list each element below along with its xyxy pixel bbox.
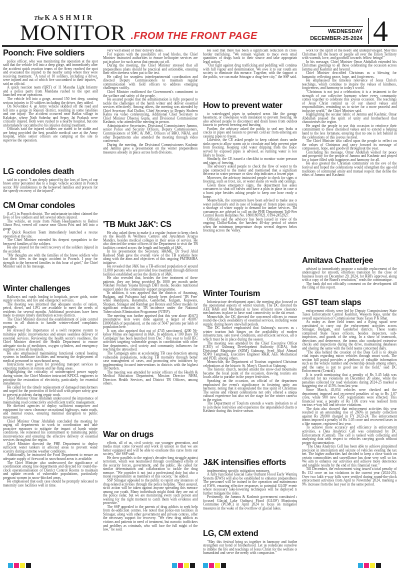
article-paragraph: He said that there has been a significan… bbox=[203, 49, 298, 64]
article-headline: 'TB Mukt J&K': CS bbox=[103, 221, 198, 230]
registration-color-square bbox=[364, 563, 369, 568]
registration-color-square bbox=[26, 563, 31, 568]
article-paragraph: He revealed that J&K has a TB-affected p… bbox=[103, 265, 198, 276]
article: He said that there has been a significan… bbox=[203, 49, 298, 99]
article-paragraph: The Chief Minister also underscored the … bbox=[3, 461, 98, 480]
article-headline: LG, CM extend bbox=[203, 530, 298, 539]
article-paragraph: Meanwhile, the DC directed the concerned… bbox=[203, 315, 298, 326]
article: very well ahead of their delivery dates.… bbox=[103, 49, 198, 218]
article: Amitava Chatterjeeadvised to immediately… bbox=[302, 254, 397, 296]
registration-color-square bbox=[14, 563, 19, 568]
article-paragraph: Officials said the injured soldiers are … bbox=[3, 128, 98, 143]
article-paragraph: The meeting was attended by senior offic… bbox=[103, 371, 198, 386]
article-paragraph: to waterlogged pipes in unheated areas l… bbox=[203, 112, 298, 127]
news-column-2: very well ahead of their delivery dates.… bbox=[103, 49, 198, 564]
article-paragraph: As many as three field teams and a flyin… bbox=[302, 321, 397, 351]
registration-color-square bbox=[370, 563, 375, 568]
article-paragraph: In addition, it was apprised that the di… bbox=[103, 292, 198, 315]
article-headline: CM Omar condoles bbox=[3, 202, 98, 211]
article-paragraph: The vehicle, en route from Nilam Headqua… bbox=[3, 220, 98, 231]
article: 'TB Mukt J&K': CSHe also asked them to m… bbox=[103, 218, 198, 428]
article: War on drugsefforts, all of us, civil so… bbox=[103, 428, 198, 563]
article-paragraph: In his presentation the Secretary, H&ME,… bbox=[103, 250, 198, 265]
news-column-1: Poonch: Five soldierspolice officer, who… bbox=[3, 49, 98, 564]
article: CM Omar condoles(LoC) in Poonch district… bbox=[3, 199, 98, 282]
article-paragraph: He assured people that the administratio… bbox=[103, 98, 198, 124]
article-paragraph: enforcement efforts were led by Deputy C… bbox=[302, 309, 397, 320]
article: J&K intensifies effortsimplementing spec… bbox=[203, 456, 298, 527]
article-paragraph: The Chief Minister also called upon the … bbox=[302, 140, 397, 151]
column-content: Poonch: Five soldierspolice officer, who… bbox=[3, 49, 98, 559]
header-rule bbox=[2, 45, 398, 47]
article: Winter TourismInfrastructure development… bbox=[203, 287, 298, 456]
article-paragraph: The historic church, nestled amidst the … bbox=[203, 368, 298, 379]
article-paragraph: He drew parallels to the region's decade… bbox=[103, 456, 198, 479]
article-paragraph: It is worth mentioning that a penalty of… bbox=[302, 373, 397, 388]
registration-mark-group bbox=[203, 563, 226, 568]
article-paragraph: "The Data Analytics Cell has been able t… bbox=[302, 445, 397, 468]
article-paragraph: For regions with the possibility of road… bbox=[103, 53, 198, 64]
article-paragraph: Meanwhile, the consumers have been advis… bbox=[203, 199, 298, 218]
article-paragraph: He emphasised that each case should be p… bbox=[3, 480, 98, 488]
page-number: 4 bbox=[373, 19, 388, 44]
registration-color-square bbox=[178, 563, 183, 568]
registration-mark-group bbox=[358, 563, 381, 568]
article-headline: GST team slaps bbox=[302, 299, 397, 308]
article-paragraph: The meeting was attended by the Chief Ex… bbox=[203, 342, 298, 361]
article: Poonch: Five soldierspolice officer, who… bbox=[3, 49, 98, 165]
article-paragraph: He also greeted the Christian community … bbox=[302, 162, 397, 177]
registration-mark-group bbox=[8, 563, 31, 568]
article-paragraph: The Chief Minister directed the establis… bbox=[3, 318, 98, 329]
article-paragraph: The Campaign aims at accelerating TB cas… bbox=[103, 352, 198, 371]
article-paragraph: The advisory asked people to check the f… bbox=[203, 165, 298, 176]
article: How to prevent waterto waterlogged pipes… bbox=[203, 99, 298, 287]
article-paragraph: Concluding his message, Omar Abdullah wi… bbox=[302, 151, 397, 162]
news-column-4: work for the uplift of the needy and und… bbox=[302, 49, 397, 564]
article-headline: War on drugs bbox=[103, 431, 198, 440]
columns: Poonch: Five soldierspolice officer, who… bbox=[3, 49, 397, 564]
article-paragraph: The DC further emphasised that Gulmarg's… bbox=[203, 327, 298, 342]
masthead-monitor: MONITOR bbox=[20, 22, 126, 44]
article-paragraph: advised to immediately propose a suitabl… bbox=[302, 267, 397, 282]
article: work for the uplift of the needy and und… bbox=[302, 49, 397, 254]
article-paragraph: Highlighting the criticality of uninterr… bbox=[3, 371, 98, 386]
article-paragraph: SSP Srinagar appealed to the public to r… bbox=[103, 479, 198, 505]
article-paragraph: Likewise, the CE asked people to keep ca… bbox=[203, 139, 298, 158]
article-paragraph: The SSP appealed to the parents of drug … bbox=[103, 505, 198, 531]
article-paragraph: Further, the advisory asked the public t… bbox=[203, 127, 298, 138]
registration-mark-group bbox=[172, 563, 195, 568]
article-paragraph: Administrative Secretaries, Divisional C… bbox=[103, 124, 198, 143]
article-paragraph: work for the uplift of the needy and und… bbox=[302, 49, 397, 60]
article-paragraph: A quick reaction team (QRT) of 11 Marath… bbox=[3, 86, 98, 97]
news-column-3: He said that there has been a significan… bbox=[203, 49, 298, 564]
registration-color-square bbox=[209, 563, 214, 568]
article-headline: Poonch: Five soldiers bbox=[3, 49, 98, 58]
article-paragraph: Since March, 45,054 vehicles were checke… bbox=[302, 388, 397, 407]
article-headline: How to prevent water bbox=[203, 102, 298, 111]
registration-color-square bbox=[221, 563, 226, 568]
article-paragraph: To achieve more accuracy and efficiency … bbox=[302, 426, 397, 445]
article-paragraph: On November 4, an Army vehicle skidded o… bbox=[3, 105, 98, 128]
article-headline: J&K intensifies efforts bbox=[203, 459, 298, 468]
registration-color-square bbox=[184, 563, 189, 568]
article-paragraph: police officer, who was monitoring the o… bbox=[3, 60, 98, 86]
article-paragraph: He directed agencies to deploy sufficien… bbox=[3, 405, 98, 420]
article-paragraph: Till December, the enforcement wing issu… bbox=[302, 468, 397, 487]
article-headline: Amitava Chatterjee bbox=[302, 257, 397, 266]
article-paragraph: Chief Minister directed the PHE Departme… bbox=[3, 442, 98, 453]
column-content: very well ahead of their delivery dates.… bbox=[103, 49, 198, 563]
date: DECEMBER-25-2024 bbox=[310, 36, 362, 42]
registration-color-square bbox=[8, 563, 13, 568]
article-paragraph: Officials said the advisory has been iss… bbox=[203, 218, 298, 233]
column-content: He said that there has been a significan… bbox=[203, 49, 298, 564]
article-paragraph: It was also apprised that out of 4745 sa… bbox=[103, 329, 198, 352]
article-paragraph: Infrastructure development apart, the me… bbox=[203, 300, 298, 315]
article-paragraph: Given these emergency signs, the departm… bbox=[203, 184, 298, 199]
column-content: work for the uplift of the needy and und… bbox=[302, 49, 397, 563]
article-paragraph: The data also showed that enforcement ac… bbox=[302, 407, 397, 426]
article-paragraph: He also asked them to make it a regular … bbox=[103, 231, 198, 250]
section-label: .FROM THE FRONT PAGE bbox=[131, 31, 258, 42]
article-paragraph: A fully functional Glacial Lake Outburst… bbox=[203, 473, 298, 496]
article-headline: LG condoles death bbox=[3, 168, 98, 177]
article-paragraph: He called for seamless interdepartmental… bbox=[103, 75, 198, 90]
folio: WEDNESDAY DECEMBER-25-2024 4 bbox=[310, 18, 388, 44]
article-paragraph: The meeting was further apprised that th… bbox=[103, 314, 198, 329]
article: LG, CM extend"May this festival bring us… bbox=[203, 527, 298, 564]
article-paragraph: "Our fight against drug trafficking and … bbox=[203, 64, 298, 79]
registration-color-square bbox=[203, 563, 208, 568]
article-paragraph: During the meeting, the Divisional Commi… bbox=[103, 143, 198, 154]
article-paragraph: Pertinently, the Jammu & Kashmir governm… bbox=[203, 496, 298, 511]
article-paragraph: "May this festival bring us together in … bbox=[203, 540, 298, 555]
page-header: TheKASHMIR MONITOR .FROM THE FRONT PAGE … bbox=[20, 11, 388, 44]
article-paragraph: Highlighting the secular fabric of Jammu… bbox=[302, 113, 397, 124]
article-paragraph: He urged the people to use this occasion… bbox=[302, 124, 397, 139]
article-paragraph: He emphasised the timeless relevance of … bbox=[302, 79, 397, 90]
date-block: WEDNESDAY DECEMBER-25-2024 bbox=[310, 26, 362, 42]
article-paragraph: In his message, Chief Minister Omar Abdu… bbox=[302, 60, 397, 71]
article-paragraph: efforts, all of us, civil society, our y… bbox=[103, 441, 198, 456]
article: Winter challengesRailways and roads lead… bbox=[3, 282, 98, 559]
article-paragraph: He called for the timely replacement of … bbox=[3, 386, 98, 397]
article-paragraph: During the meeting, the Chief Minister s… bbox=[103, 64, 198, 75]
masthead-logo: TheKASHMIR MONITOR bbox=[20, 15, 126, 44]
registration-color-square bbox=[215, 563, 220, 568]
article-paragraph: "My thoughts are with the families of th… bbox=[3, 254, 98, 269]
article-paragraph: Speaking on the occasion, an official of… bbox=[203, 379, 298, 402]
registration-color-square bbox=[20, 563, 25, 568]
article-paragraph: Chief Minister Omar Abdullah concluded t… bbox=[3, 420, 98, 443]
article-paragraph: He also revealed that, besides the free … bbox=[103, 277, 198, 292]
article-paragraph: "Christmas is not just a celebration; it… bbox=[302, 91, 397, 114]
article-paragraph: said in a post: "I am deeply pained by t… bbox=[3, 178, 98, 193]
article: GST team slapsenforcement efforts were l… bbox=[302, 296, 397, 563]
article: LG condoles deathsaid in a post: "I am d… bbox=[3, 165, 98, 199]
article-paragraph: The Department of Tourism extends a warm… bbox=[203, 402, 298, 413]
registration-color-square bbox=[190, 563, 195, 568]
article-paragraph: The meeting was informed that adequate s… bbox=[3, 303, 98, 318]
folio-divider bbox=[368, 18, 370, 44]
article-paragraph: The bank did not officially comment on t… bbox=[302, 282, 397, 290]
article-headline: Winter Tourism bbox=[203, 290, 298, 299]
newspaper-page: TheKASHMIR MONITOR .FROM THE FRONT PAGE … bbox=[0, 0, 400, 586]
registration-color-square bbox=[376, 563, 381, 568]
registration-color-square bbox=[358, 563, 363, 568]
article-paragraph: "The idea behind the creation of the Dat… bbox=[302, 351, 397, 374]
article-paragraph: He stressed the importance of a swift re… bbox=[3, 329, 98, 352]
article-headline: Winter challenges bbox=[3, 285, 98, 294]
registration-color-square bbox=[172, 563, 177, 568]
article-paragraph: He also emphasised maintaining functiona… bbox=[3, 352, 98, 363]
